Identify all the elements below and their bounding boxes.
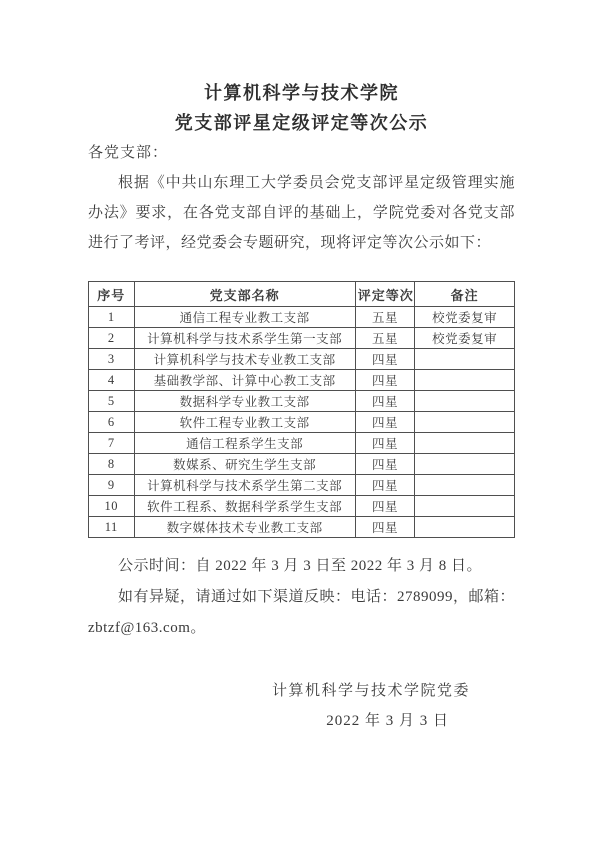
- cell-rating: 四星: [355, 349, 415, 370]
- table-row: 1通信工程专业教工支部五星校党委复审: [89, 307, 515, 328]
- cell-index: 8: [89, 454, 135, 475]
- cell-index: 3: [89, 349, 135, 370]
- cell-branch-name: 计算机科学与技术系学生第一支部: [134, 328, 355, 349]
- table-header-row: 序号 党支部名称 评定等次 备注: [89, 282, 515, 307]
- publicity-period-line: 公示时间：自 2022 年 3 月 3 日至 2022 年 3 月 8 日。: [88, 551, 515, 582]
- rating-results-table: 序号 党支部名称 评定等次 备注 1通信工程专业教工支部五星校党委复审2计算机科…: [88, 281, 515, 538]
- doc-subtitle: 党支部评星定级评定等次公示: [88, 108, 515, 138]
- title-block: 计算机科学与技术学院 党支部评星定级评定等次公示: [88, 78, 515, 138]
- cell-index: 4: [89, 370, 135, 391]
- cell-remark: [415, 517, 515, 538]
- cell-rating: 四星: [355, 517, 415, 538]
- cell-branch-name: 软件工程系、数据科学系学生支部: [134, 496, 355, 517]
- cell-branch-name: 通信工程系学生支部: [134, 433, 355, 454]
- cell-index: 5: [89, 391, 135, 412]
- table-row: 2计算机科学与技术系学生第一支部五星校党委复审: [89, 328, 515, 349]
- table-row: 5数据科学专业教工支部四星: [89, 391, 515, 412]
- salutation: 各党支部：: [88, 138, 515, 168]
- cell-rating: 四星: [355, 391, 415, 412]
- cell-rating: 四星: [355, 496, 415, 517]
- cell-rating: 四星: [355, 475, 415, 496]
- cell-index: 10: [89, 496, 135, 517]
- table-row: 8数媒系、研究生学生支部四星: [89, 454, 515, 475]
- cell-remark: [415, 349, 515, 370]
- cell-rating: 四星: [355, 412, 415, 433]
- cell-remark: 校党委复审: [415, 328, 515, 349]
- cell-remark: 校党委复审: [415, 307, 515, 328]
- document-page: 计算机科学与技术学院 党支部评星定级评定等次公示 各党支部： 根据《中共山东理工…: [0, 0, 599, 848]
- col-header-remark: 备注: [415, 282, 515, 307]
- col-header-index: 序号: [89, 282, 135, 307]
- table-body: 1通信工程专业教工支部五星校党委复审2计算机科学与技术系学生第一支部五星校党委复…: [89, 307, 515, 538]
- cell-branch-name: 计算机科学与技术专业教工支部: [134, 349, 355, 370]
- cell-branch-name: 基础教学部、计算中心教工支部: [134, 370, 355, 391]
- cell-branch-name: 数媒系、研究生学生支部: [134, 454, 355, 475]
- doc-title: 计算机科学与技术学院: [88, 78, 515, 108]
- col-header-rating: 评定等次: [355, 282, 415, 307]
- cell-branch-name: 数据科学专业教工支部: [134, 391, 355, 412]
- table-row: 4基础教学部、计算中心教工支部四星: [89, 370, 515, 391]
- cell-rating: 四星: [355, 370, 415, 391]
- cell-branch-name: 通信工程专业教工支部: [134, 307, 355, 328]
- table-row: 3计算机科学与技术专业教工支部四星: [89, 349, 515, 370]
- cell-remark: [415, 391, 515, 412]
- table-row: 11数字媒体技术专业教工支部四星: [89, 517, 515, 538]
- cell-index: 11: [89, 517, 135, 538]
- cell-remark: [415, 475, 515, 496]
- cell-index: 9: [89, 475, 135, 496]
- cell-rating: 五星: [355, 307, 415, 328]
- col-header-branch-name: 党支部名称: [134, 282, 355, 307]
- cell-index: 1: [89, 307, 135, 328]
- cell-branch-name: 数字媒体技术专业教工支部: [134, 517, 355, 538]
- cell-index: 6: [89, 412, 135, 433]
- intro-paragraph: 根据《中共山东理工大学委员会党支部评星定级管理实施办法》要求，在各党支部自评的基…: [88, 168, 515, 258]
- cell-remark: [415, 412, 515, 433]
- signature-date: 2022 年 3 月 3 日: [88, 706, 515, 736]
- cell-remark: [415, 433, 515, 454]
- feedback-line: 如有异疑，请通过如下渠道反映：电话：2789099，邮箱：zbtzf@163.c…: [88, 582, 515, 644]
- cell-branch-name: 计算机科学与技术系学生第二支部: [134, 475, 355, 496]
- cell-remark: [415, 454, 515, 475]
- table-row: 9计算机科学与技术系学生第二支部四星: [89, 475, 515, 496]
- cell-branch-name: 软件工程专业教工支部: [134, 412, 355, 433]
- cell-index: 7: [89, 433, 135, 454]
- signature: 计算机科学与技术学院党委: [88, 676, 515, 706]
- table-row: 10软件工程系、数据科学系学生支部四星: [89, 496, 515, 517]
- table-row: 6软件工程专业教工支部四星: [89, 412, 515, 433]
- table-row: 7通信工程系学生支部四星: [89, 433, 515, 454]
- cell-rating: 五星: [355, 328, 415, 349]
- cell-remark: [415, 370, 515, 391]
- cell-index: 2: [89, 328, 135, 349]
- cell-remark: [415, 496, 515, 517]
- cell-rating: 四星: [355, 454, 415, 475]
- cell-rating: 四星: [355, 433, 415, 454]
